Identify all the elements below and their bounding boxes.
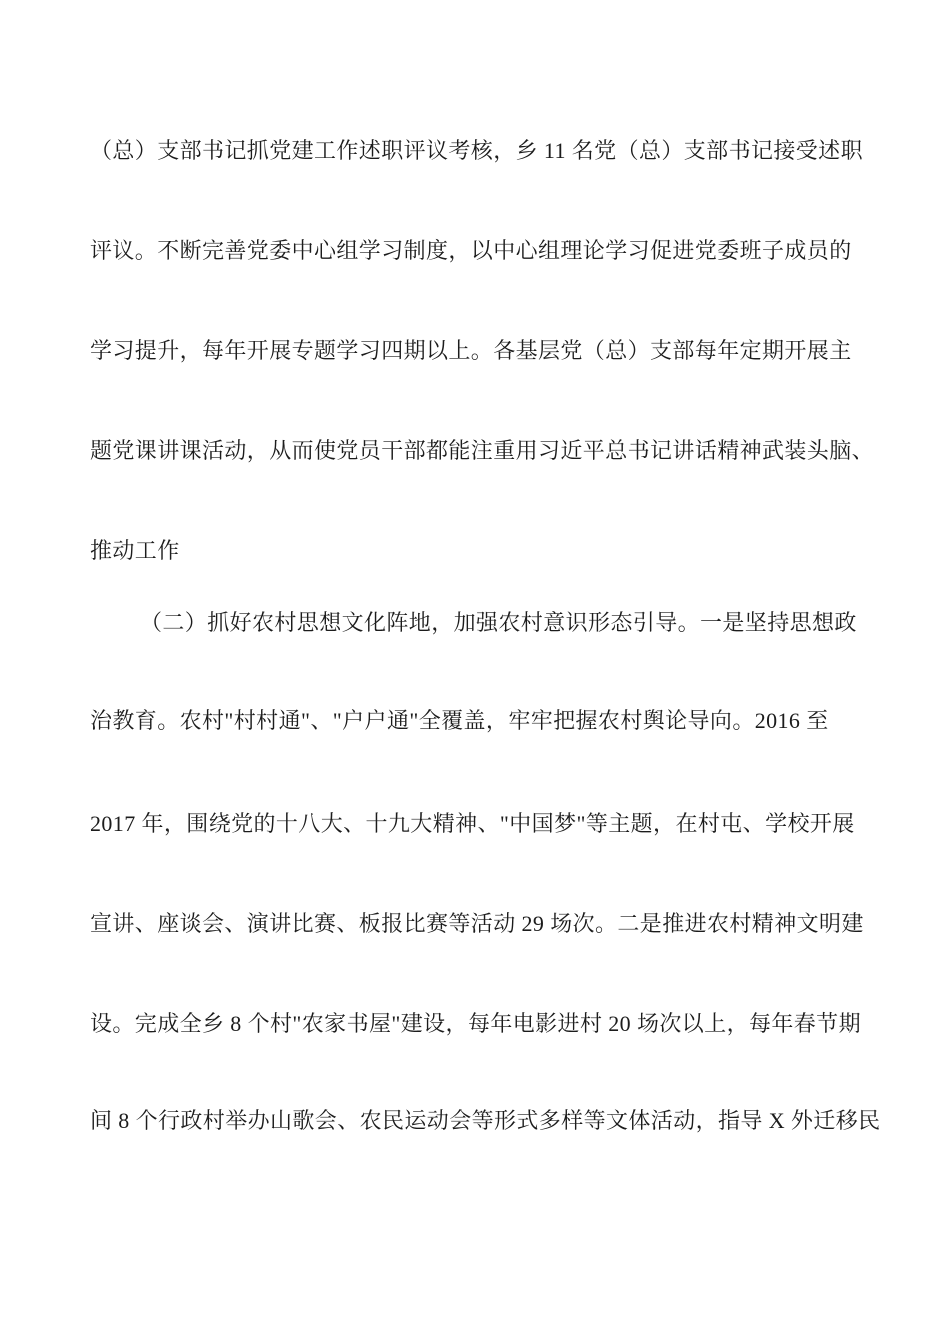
text-line: 间 8 个行政村举办山歌会、农民运动会等形式多样等文体活动，指导 X 外迁移民 xyxy=(90,1106,880,1136)
text-line: 评议。不断完善党委中心组学习制度，以中心组理论学习促进党委班子成员的 xyxy=(90,236,880,266)
text-line: 题党课讲课活动，从而使党员干部都能注重用习近平总书记讲话精神武装头脑、 xyxy=(90,436,880,466)
text-line: 学习提升，每年开展专题学习四期以上。各基层党（总）支部每年定期开展主 xyxy=(90,336,880,366)
text-line: 2017 年，围绕党的十八大、十九大精神、"中国梦"等主题，在村屯、学校开展 xyxy=(90,809,880,839)
document-page: （总）支部书记抓党建工作述职评议考核，乡 11 名党（总）支部书记接受述职 评议… xyxy=(0,0,950,1344)
text-line paragraph-end: 推动工作 xyxy=(90,536,880,566)
text-line: （总）支部书记抓党建工作述职评议考核，乡 11 名党（总）支部书记接受述职 xyxy=(90,136,880,166)
text-line: 设。完成全乡 8 个村"农家书屋"建设，每年电影进村 20 场次以上，每年春节期 xyxy=(90,1009,880,1039)
text-line: 宣讲、座谈会、演讲比赛、板报比赛等活动 29 场次。二是推进农村精神文明建 xyxy=(90,909,880,939)
text-line: 治教育。农村"村村通"、"户户通"全覆盖，牢牢把握农村舆论导向。2016 至 xyxy=(90,706,880,736)
text-line paragraph-start: （二）抓好农村思想文化阵地，加强农村意识形态引导。一是坚持思想政 xyxy=(90,608,880,638)
